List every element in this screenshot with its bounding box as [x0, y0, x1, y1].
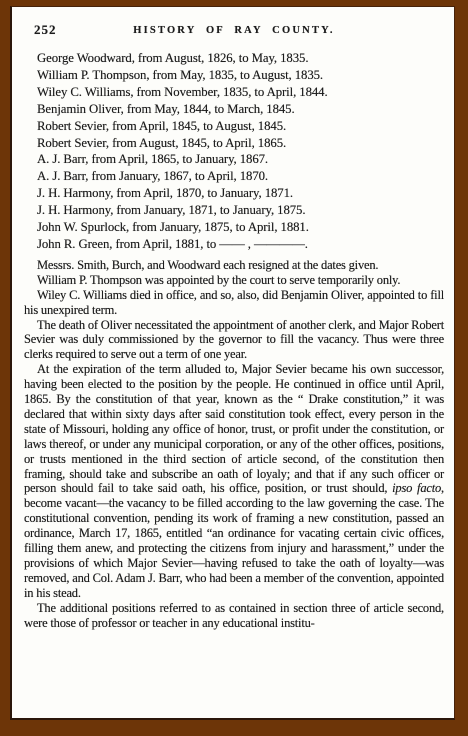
clerk-tenure-line: Wiley C. Williams, from November, 1835, … — [37, 84, 444, 101]
running-title: HISTORY OF RAY COUNTY. — [24, 25, 444, 36]
clerk-tenure-line: A. J. Barr, from January, 1867, to April… — [37, 168, 444, 185]
paragraph-resignations: Messrs. Smith, Burch, and Woodward each … — [24, 258, 444, 273]
body-text: Messrs. Smith, Burch, and Woodward each … — [24, 258, 444, 631]
clerk-tenure-line: John W. Spurlock, from January, 1875, to… — [37, 219, 444, 236]
ipso-facto-italic: ipso facto — [392, 481, 441, 495]
clerk-tenure-line: George Woodward, from August, 1826, to M… — [37, 50, 444, 67]
paragraph-segment: , become vacant—the vacancy to be filled… — [24, 481, 444, 599]
clerk-tenure-line: Robert Sevier, from April, 1845, to Augu… — [37, 118, 444, 135]
clerk-tenure-line: J. H. Harmony, from April, 1870, to Janu… — [37, 185, 444, 202]
paragraph-thompson-appointment: William P. Thompson was appointed by the… — [24, 273, 444, 288]
paragraph-additional-positions: The additional positions referred to as … — [24, 601, 444, 631]
clerk-tenure-line: A. J. Barr, from April, 1865, to January… — [37, 151, 444, 168]
clerk-tenure-line: J. H. Harmony, from January, 1871, to Ja… — [37, 202, 444, 219]
paragraph-segment: At the expiration of the term alluded to… — [24, 362, 444, 495]
paragraph-drake-constitution: At the expiration of the term alluded to… — [24, 362, 444, 601]
scanned-book-page-frame: 252 HISTORY OF RAY COUNTY. George Woodwa… — [0, 0, 468, 736]
page-header: 252 HISTORY OF RAY COUNTY. — [24, 22, 444, 38]
clerk-tenure-line: William P. Thompson, from May, 1835, to … — [37, 67, 444, 84]
clerk-tenure-line: Robert Sevier, from August, 1845, to Apr… — [37, 135, 444, 152]
clerk-tenure-line: Benjamin Oliver, from May, 1844, to Marc… — [37, 101, 444, 118]
clerk-tenure-line: John R. Green, from April, 1881, to —— ,… — [37, 236, 444, 253]
clerk-tenure-list: George Woodward, from August, 1826, to M… — [37, 50, 444, 253]
paragraph-deaths-in-office: Wiley C. Williams died in office, and so… — [24, 288, 444, 318]
paragraph-oliver-death: The death of Oliver necessitated the app… — [24, 318, 444, 363]
book-page: 252 HISTORY OF RAY COUNTY. George Woodwa… — [10, 6, 455, 720]
